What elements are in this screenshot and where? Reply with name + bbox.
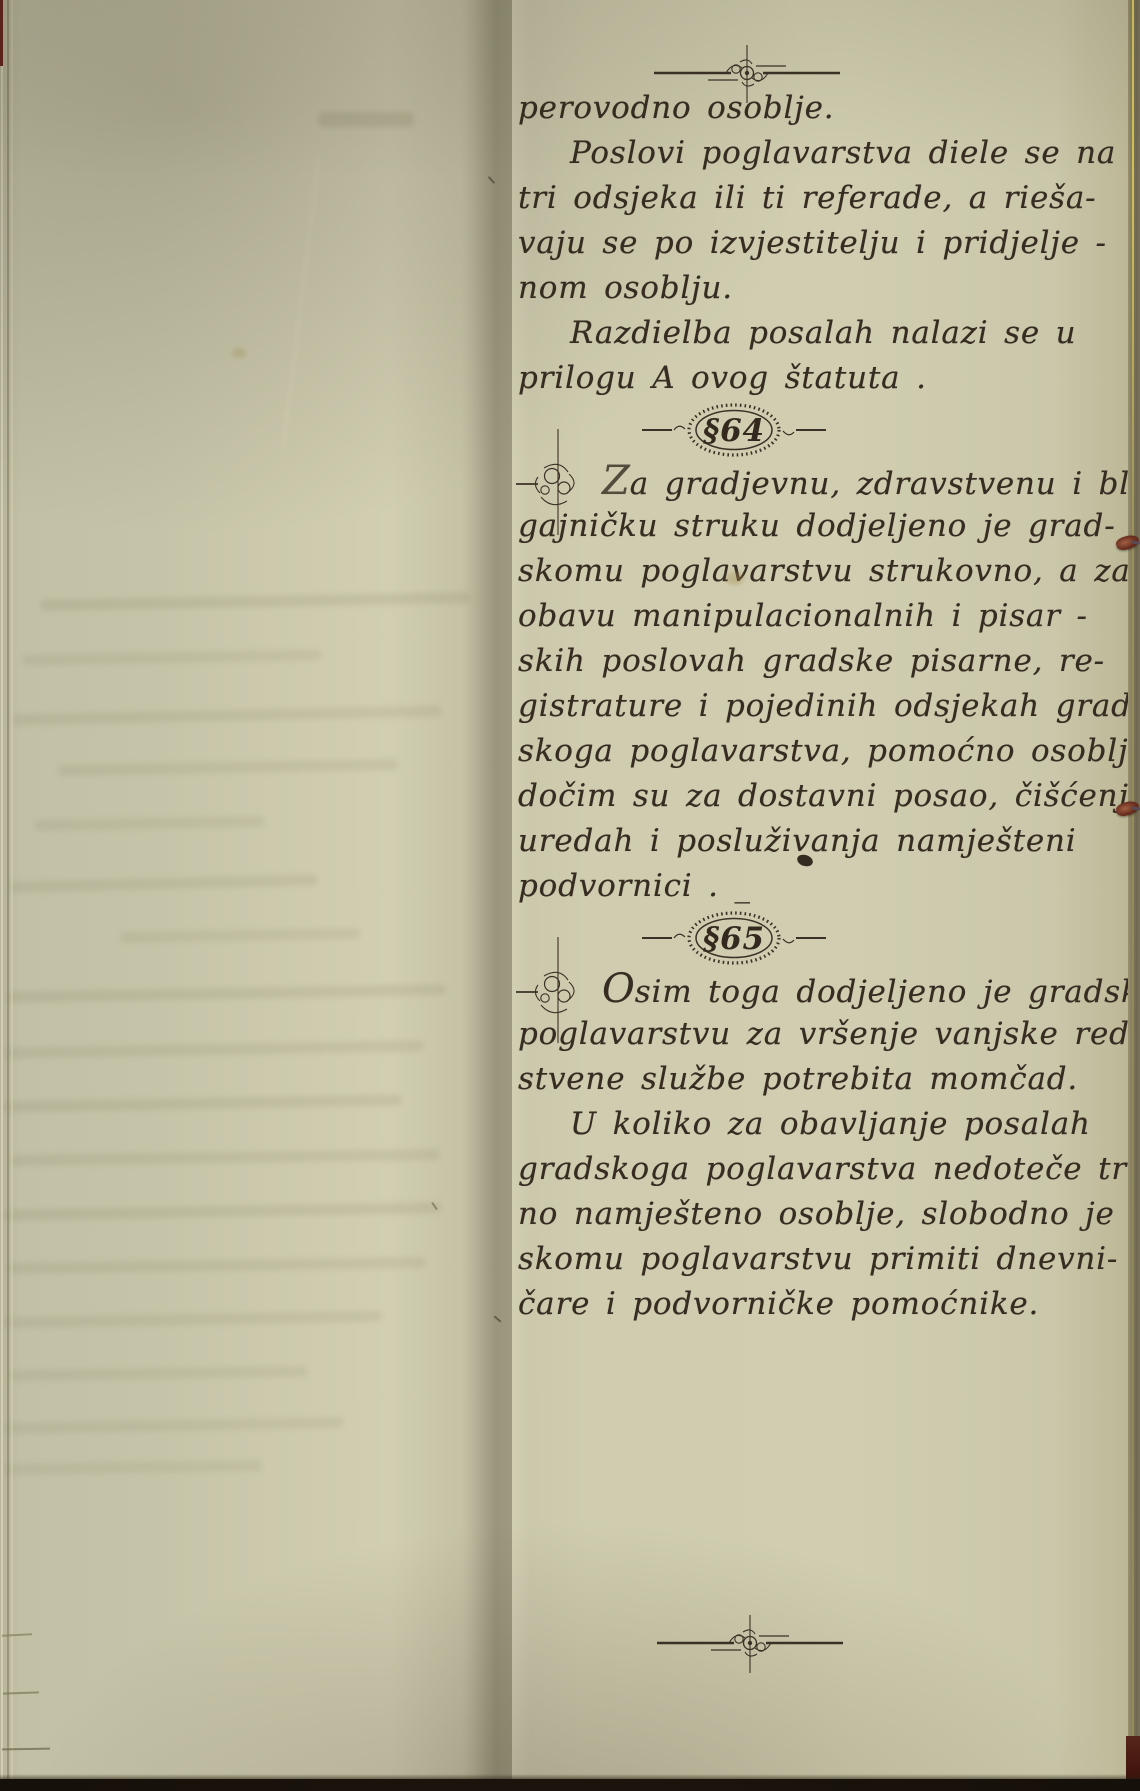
- text-line: nom osoblju.: [518, 266, 1130, 311]
- bleedthrough-line: [10, 1149, 440, 1166]
- bleedthrough-line: [8, 874, 318, 893]
- bleedthrough-line: [120, 928, 360, 943]
- text-line: skomu poglavarstvu primiti dnevni-: [518, 1237, 1130, 1282]
- text-line: prilogu A ovog štatuta .: [518, 356, 1130, 401]
- bleedthrough-line: [4, 1040, 424, 1058]
- text-line: obavu manipulacionalnih i pisar -: [518, 594, 1130, 639]
- page-crease: [282, 151, 322, 449]
- text-line: gajničku struku dodjeljeno je grad-: [518, 504, 1130, 549]
- text-line: Razdielba posalah nalazi se u: [518, 311, 1130, 356]
- binding-stitch: [1116, 536, 1139, 549]
- manuscript-text: perovodno osoblje. Poslovi poglavarstva …: [518, 86, 1130, 1327]
- text-line: U koliko za obavljanje posalah: [518, 1102, 1130, 1147]
- text-line: vaju se po izvjestitelju i pridjelje -: [518, 221, 1130, 266]
- text-line: skomu poglavarstvu strukovno, a za: [518, 549, 1130, 594]
- bleedthrough-line: [8, 1366, 308, 1381]
- text-line: čare i podvorničke pomoćnike.: [518, 1282, 1130, 1327]
- text-line: gistrature i pojedinih odsjekah grad-: [518, 684, 1130, 729]
- text-line: gradskoga poglavarstva nedoteče traj-: [518, 1147, 1130, 1192]
- ornate-initial: Z: [602, 458, 630, 504]
- bleedthrough-line: [40, 592, 470, 611]
- bleedthrough-line: [2, 1202, 442, 1221]
- bleedthrough-heading: [318, 112, 414, 127]
- text-line: perovodno osoblje.: [518, 86, 1130, 131]
- bleedthrough-line: [22, 649, 322, 665]
- page-edge-left: [11, 0, 13, 1791]
- cover-edge: [0, 1779, 1140, 1791]
- paper-stain: [232, 348, 246, 358]
- section-label: §65: [702, 921, 765, 957]
- bleedthrough-line: [58, 759, 398, 776]
- left-page: [0, 0, 512, 1791]
- binding-stitch: [1116, 802, 1139, 815]
- gilt-edge-line: [1132, 0, 1134, 1791]
- text-line: poglavarstvu za vršenje vanjske redar-: [518, 1012, 1130, 1057]
- bleedthrough-line: [2, 1095, 402, 1113]
- text-line: dočim su za dostavni posao, čišćenje: [518, 774, 1130, 819]
- text-line: no namješteno osoblje, slobodno je grad-: [518, 1192, 1130, 1237]
- text-line: stvene službe potrebita momčad.: [518, 1057, 1130, 1102]
- bleedthrough-line: [2, 1311, 382, 1329]
- bleedthrough-line: [2, 1460, 262, 1475]
- bleedthrough-line: [12, 705, 442, 725]
- page-edge-left: [1, 0, 3, 1791]
- text-line: skih poslovah gradske pisarne, re-: [518, 639, 1130, 684]
- section-badge-64: §64: [518, 401, 1130, 459]
- text-line: tri odsjeka ili ti referade, a rieša-: [518, 176, 1130, 221]
- text-line: Za gradjevnu, zdravstvenu i bla-: [518, 459, 1130, 504]
- page-edge-left: [7, 0, 9, 1791]
- text-line: Poslovi poglavarstva diele se na: [518, 131, 1130, 176]
- page-edge-strip: [1128, 0, 1140, 1791]
- text-line: Osim toga dodjeljeno je gradskomu: [518, 967, 1130, 1012]
- paper-stain: [726, 572, 744, 585]
- binding-cover-red: [1126, 1736, 1140, 1779]
- bleedthrough-line: [6, 1257, 426, 1274]
- text-line: podvornici . _: [518, 864, 1130, 909]
- bleedthrough-line: [34, 816, 264, 831]
- bleedthrough-line: [6, 984, 446, 1003]
- text-line: skoga poglavarstva, pomoćno osoblje: [518, 729, 1130, 774]
- section-label: §64: [702, 413, 765, 449]
- section-badge-65: §65: [518, 909, 1130, 967]
- bleedthrough-line: [4, 1417, 344, 1434]
- book-scan: perovodno osoblje. Poslovi poglavarstva …: [0, 0, 1140, 1791]
- bottom-divider-ornament: [655, 1612, 845, 1676]
- text-line: uredah i posluživanja namješteni: [518, 819, 1130, 864]
- binding-cover-red: [0, 0, 3, 66]
- ornate-initial: O: [602, 966, 635, 1012]
